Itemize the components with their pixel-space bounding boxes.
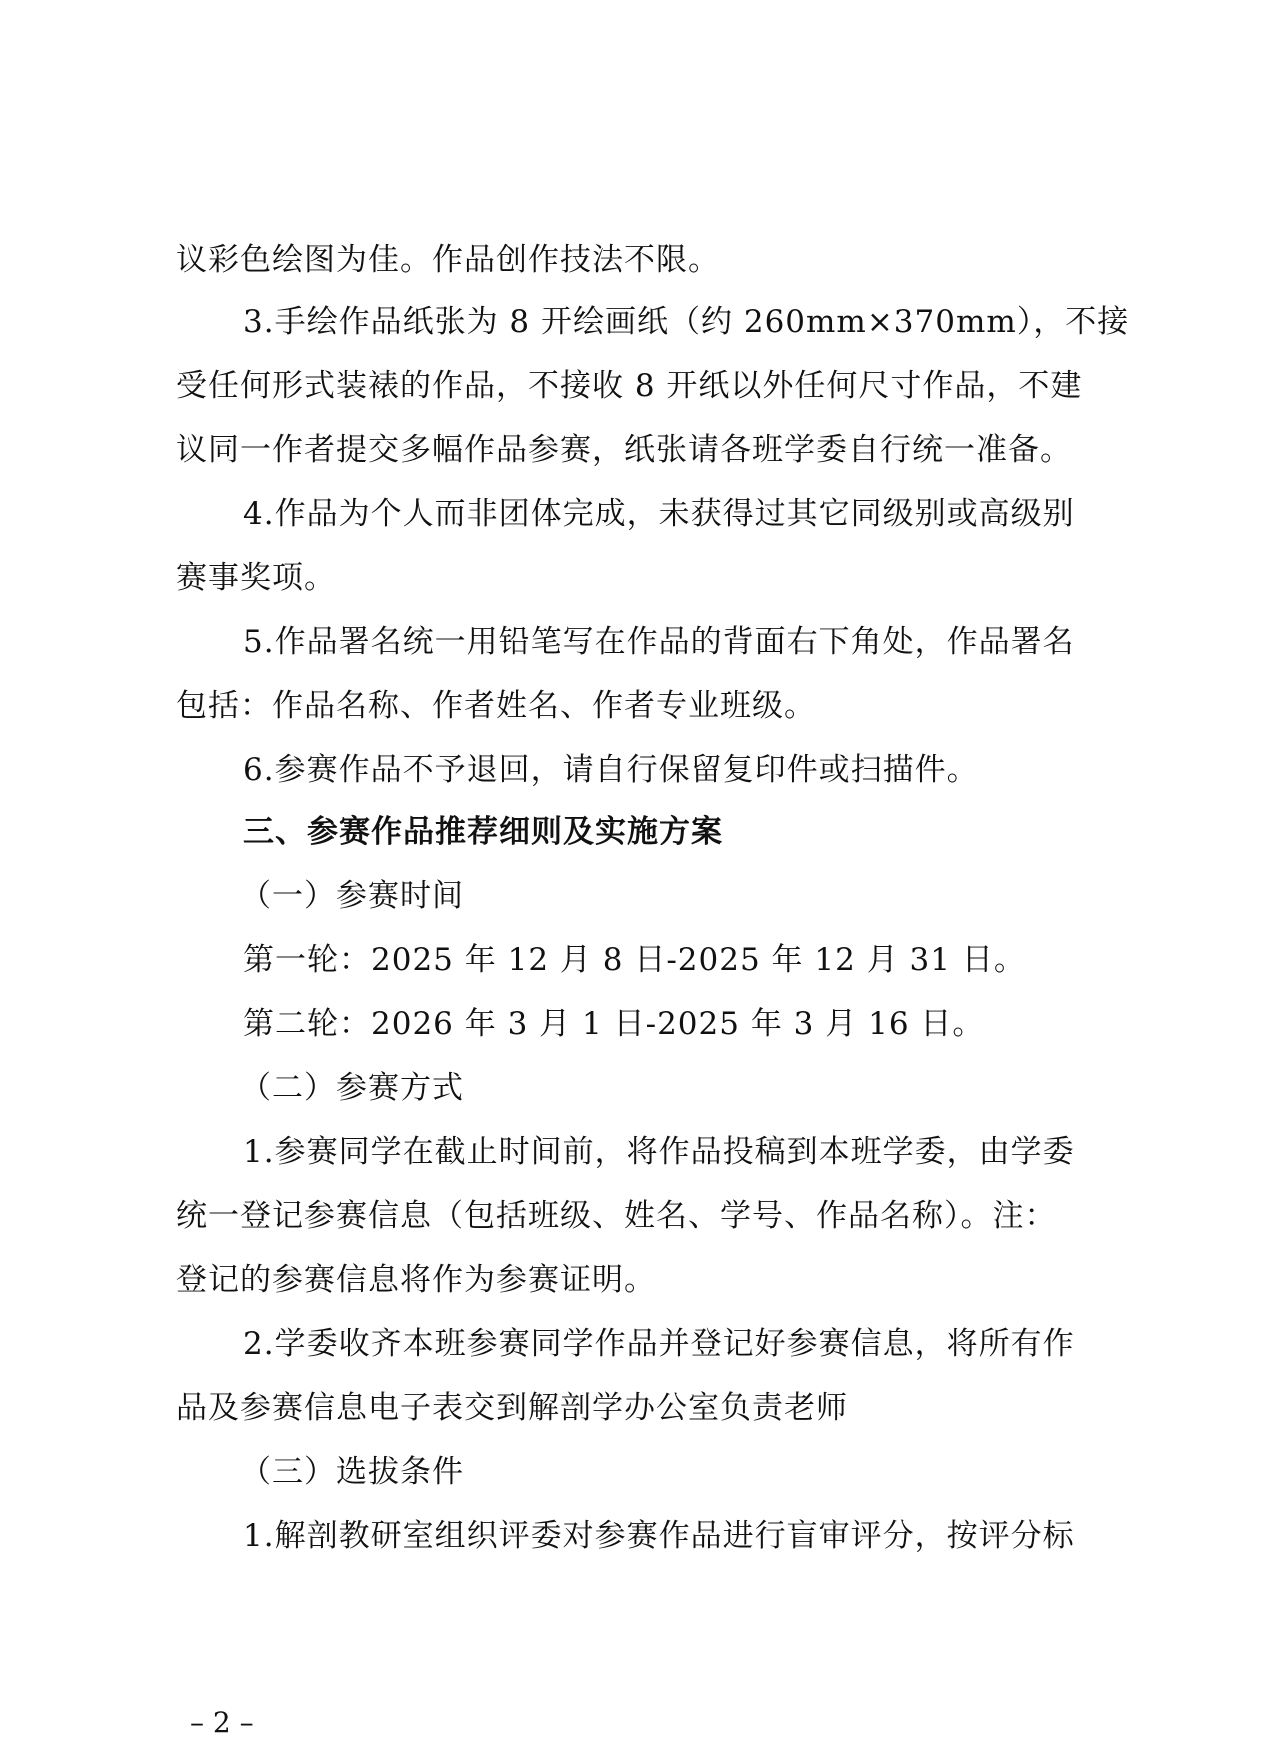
paragraph-line: 1.解剖教研室组织评委对参赛作品进行盲审评分，按评分标 xyxy=(243,1516,1075,1556)
subsection-heading: （一）参赛时间 xyxy=(240,876,464,916)
paragraph-line: 3.手绘作品纸张为 8 开绘画纸（约 260mm×370mm），不接 xyxy=(243,302,1129,342)
section-heading: 三、参赛作品推荐细则及实施方案 xyxy=(243,812,723,852)
paragraph-line: 1.参赛同学在截止时间前，将作品投稿到本班学委，由学委 xyxy=(243,1132,1075,1172)
paragraph-line: 品及参赛信息电子表交到解剖学办公室负责老师 xyxy=(176,1388,848,1428)
paragraph-line: 第一轮：2025 年 12 月 8 日-2025 年 12 月 31 日。 xyxy=(243,940,1026,980)
paragraph-line: 议同一作者提交多幅作品参赛，纸张请各班学委自行统一准备。 xyxy=(176,430,1072,470)
paragraph-line: 4.作品为个人而非团体完成，未获得过其它同级别或高级别 xyxy=(243,494,1075,534)
paragraph-line: 6.参赛作品不予退回，请自行保留复印件或扫描件。 xyxy=(243,750,979,790)
paragraph-line: 登记的参赛信息将作为参赛证明。 xyxy=(176,1260,656,1300)
paragraph-line: 包括：作品名称、作者姓名、作者专业班级。 xyxy=(176,686,816,726)
paragraph-line: 5.作品署名统一用铅笔写在作品的背面右下角处，作品署名 xyxy=(243,622,1075,662)
document-page: 议彩色绘图为佳。作品创作技法不限。 3.手绘作品纸张为 8 开绘画纸（约 260… xyxy=(0,0,1280,1752)
page-number: – 2 – xyxy=(190,1706,254,1739)
subsection-heading: （二）参赛方式 xyxy=(240,1068,464,1108)
paragraph-line: 2.学委收齐本班参赛同学作品并登记好参赛信息，将所有作 xyxy=(243,1324,1075,1364)
paragraph-line: 赛事奖项。 xyxy=(176,558,336,598)
paragraph-line: 议彩色绘图为佳。作品创作技法不限。 xyxy=(176,240,720,280)
subsection-heading: （三）选拔条件 xyxy=(240,1452,464,1492)
paragraph-line: 受任何形式装裱的作品，不接收 8 开纸以外任何尺寸作品，不建 xyxy=(176,366,1082,406)
paragraph-line: 第二轮：2026 年 3 月 1 日-2025 年 3 月 16 日。 xyxy=(243,1004,984,1044)
paragraph-line: 统一登记参赛信息（包括班级、姓名、学号、作品名称）。注： xyxy=(176,1196,1057,1236)
